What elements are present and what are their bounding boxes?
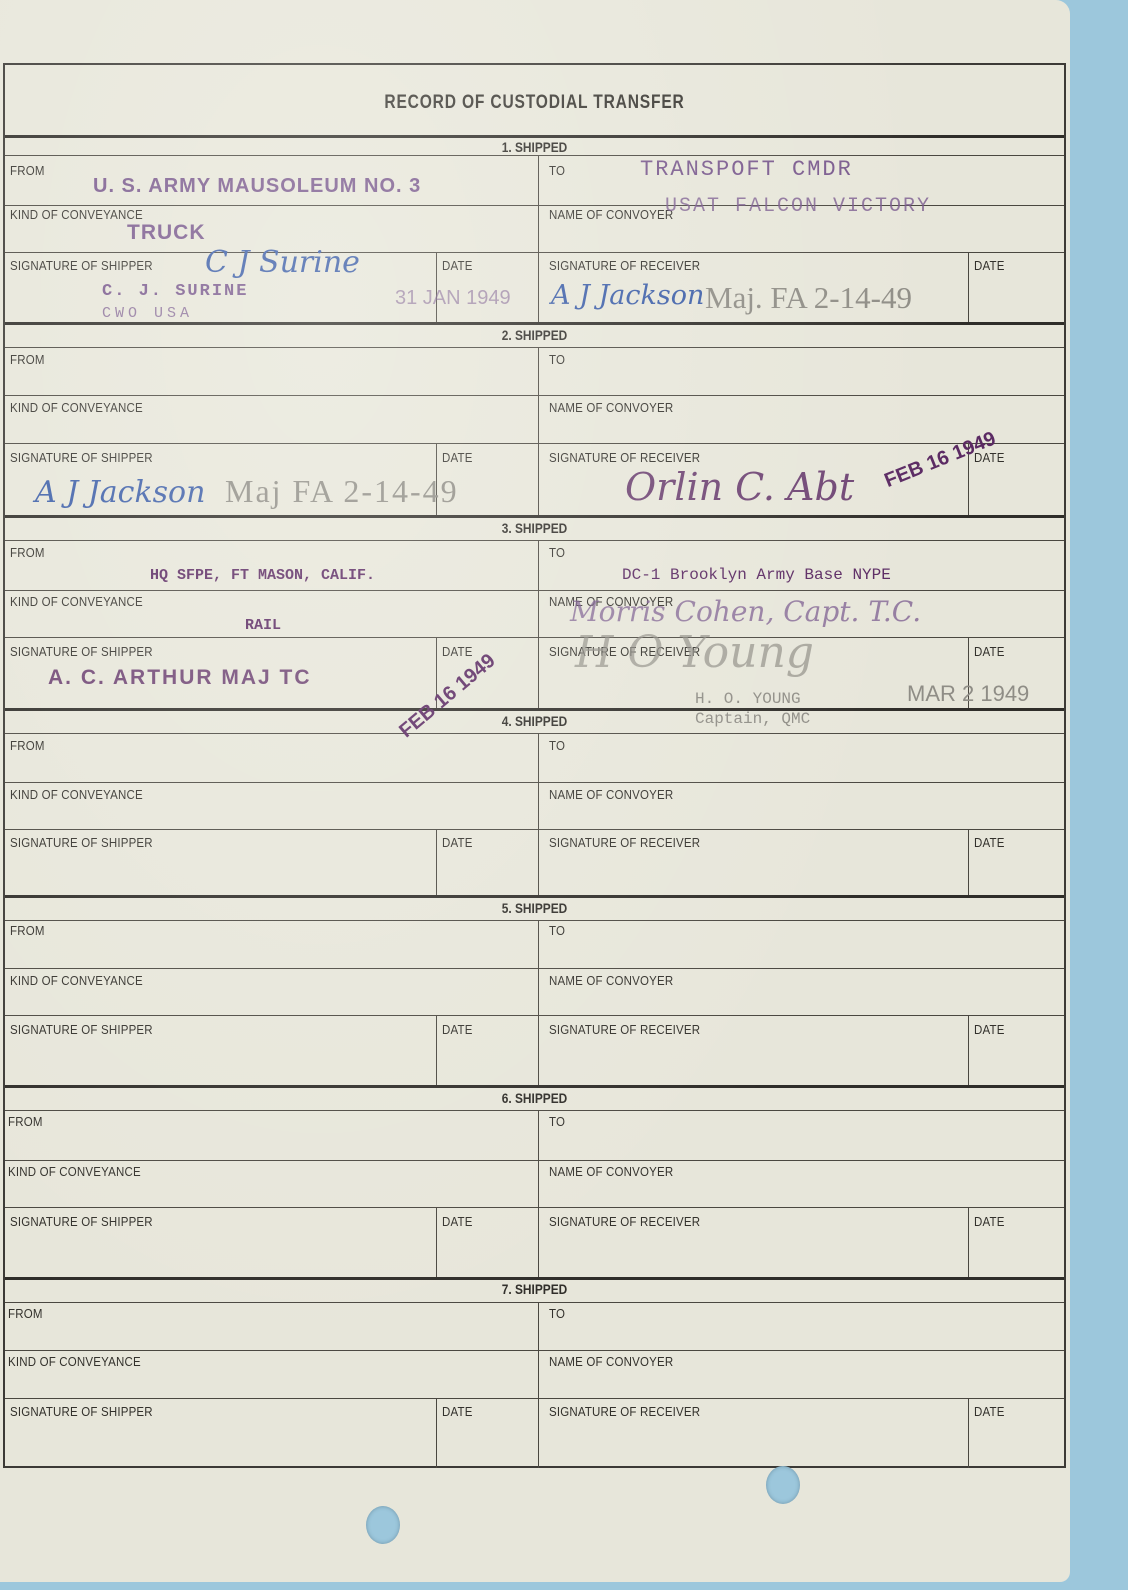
- to-label: TO: [549, 546, 565, 560]
- column-divider: [436, 443, 437, 515]
- to-label: TO: [549, 739, 565, 753]
- divider: [5, 205, 1064, 206]
- kind-of-conveyance-label: KIND OF CONVEYANCE: [10, 401, 143, 415]
- column-divider: [968, 829, 969, 895]
- column-divider: [538, 347, 539, 515]
- signature-of-shipper-label: SIGNATURE OF SHIPPER: [10, 451, 153, 465]
- signature-of-receiver-label: SIGNATURE OF RECEIVER: [549, 259, 700, 273]
- column-divider: [538, 733, 539, 895]
- divider: [5, 1350, 1064, 1351]
- column-divider: [538, 155, 539, 322]
- kind-of-conveyance-label: KIND OF CONVEYANCE: [10, 595, 143, 609]
- form-title: RECORD OF CUSTODIAL TRANSFER: [100, 92, 968, 114]
- kind-of-conveyance-label: KIND OF CONVEYANCE: [8, 1165, 141, 1179]
- divider: [5, 1110, 1064, 1111]
- divider: [5, 252, 1064, 253]
- divider: [5, 829, 1064, 830]
- divider: [5, 920, 1064, 921]
- signature-of-receiver-label: SIGNATURE OF RECEIVER: [549, 1215, 700, 1229]
- section-7-header: 7. SHIPPED: [84, 1281, 984, 1297]
- divider: [5, 1302, 1064, 1303]
- column-divider: [968, 252, 969, 322]
- from-label: FROM: [8, 1115, 43, 1129]
- section-3-from-value: HQ SFPE, FT MASON, CALIF.: [150, 567, 375, 584]
- column-divider: [538, 1110, 539, 1277]
- section-2-header: 2. SHIPPED: [84, 327, 984, 343]
- divider: [5, 1277, 1064, 1280]
- column-divider: [436, 1015, 437, 1085]
- section-3-receiver-typed-name: H. O. YOUNG: [695, 690, 801, 708]
- shipper-date-label: DATE: [442, 645, 473, 659]
- shipper-date-label: DATE: [442, 1023, 473, 1037]
- column-divider: [538, 540, 539, 708]
- column-divider: [968, 443, 969, 515]
- custodial-transfer-form: RECORD OF CUSTODIAL TRANSFER: [3, 63, 1066, 1468]
- receiver-date-label: DATE: [974, 451, 1005, 465]
- from-label: FROM: [8, 1307, 43, 1321]
- divider: [5, 1160, 1064, 1161]
- section-3-receiver-date: MAR 2 1949: [907, 681, 1029, 707]
- from-label: FROM: [10, 164, 45, 178]
- section-3-header: 3. SHIPPED: [84, 520, 984, 536]
- column-divider: [436, 829, 437, 895]
- name-of-convoyer-label: NAME OF CONVOYER: [549, 1355, 673, 1369]
- section-1-shipper-typed-name: C. J. SURINE: [102, 282, 248, 301]
- kind-of-conveyance-label: KIND OF CONVEYANCE: [8, 1355, 141, 1369]
- from-label: FROM: [10, 546, 45, 560]
- section-1-receiver-typed: Maj. FA 2-14-49: [705, 280, 912, 316]
- shipper-date-label: DATE: [442, 451, 473, 465]
- divider: [5, 782, 1064, 783]
- column-divider: [968, 637, 969, 708]
- divider: [5, 322, 1064, 325]
- divider: [5, 155, 1064, 156]
- punch-hole: [766, 1466, 800, 1504]
- shipper-date-label: DATE: [442, 836, 473, 850]
- divider: [5, 733, 1064, 734]
- section-3-receiver-typed-title: Captain, QMC: [695, 710, 810, 728]
- kind-of-conveyance-label: KIND OF CONVEYANCE: [10, 208, 143, 222]
- section-2-receiver-date-stamp: FEB 16 1949: [881, 428, 999, 493]
- to-label: TO: [549, 1307, 565, 1321]
- signature-of-shipper-label: SIGNATURE OF SHIPPER: [10, 1023, 153, 1037]
- signature-of-shipper-label: SIGNATURE OF SHIPPER: [10, 1215, 153, 1229]
- paper-sheet: RECORD OF CUSTODIAL TRANSFER: [0, 0, 1070, 1582]
- divider: [5, 1015, 1064, 1016]
- to-label: TO: [549, 1115, 565, 1129]
- column-divider: [538, 920, 539, 1085]
- section-3-to-value: DC-1 Brooklyn Army Base NYPE: [622, 566, 891, 584]
- to-label: TO: [549, 164, 565, 178]
- section-2-receiver-signature: Orlin C. Abt: [625, 465, 854, 509]
- section-3-convoyer-value: Morris Cohen, Capt. T.C.: [570, 595, 921, 628]
- section-3-receiver-signature: H O Young: [575, 627, 814, 678]
- name-of-convoyer-label: NAME OF CONVOYER: [549, 595, 673, 609]
- receiver-date-label: DATE: [974, 1405, 1005, 1419]
- section-3-shipper-date-stamp: FEB 16 1949: [395, 650, 500, 743]
- punch-hole: [366, 1506, 400, 1544]
- section-1-convoyer-value: USAT FALCON VICTORY: [665, 195, 931, 218]
- name-of-convoyer-label: NAME OF CONVOYER: [549, 208, 673, 222]
- column-divider: [436, 1398, 437, 1468]
- section-1-shipper-date: 31 JAN 1949: [395, 287, 511, 310]
- from-label: FROM: [10, 924, 45, 938]
- name-of-convoyer-label: NAME OF CONVOYER: [549, 401, 673, 415]
- name-of-convoyer-label: NAME OF CONVOYER: [549, 974, 673, 988]
- signature-of-receiver-label: SIGNATURE OF RECEIVER: [549, 645, 700, 659]
- section-1-header: 1. SHIPPED: [84, 139, 984, 155]
- column-divider: [436, 637, 437, 708]
- to-label: TO: [549, 924, 565, 938]
- section-3-conveyance-value: RAIL: [245, 617, 281, 634]
- divider: [5, 135, 1064, 138]
- shipper-date-label: DATE: [442, 1215, 473, 1229]
- column-divider: [436, 252, 437, 322]
- kind-of-conveyance-label: KIND OF CONVEYANCE: [10, 788, 143, 802]
- divider: [5, 1085, 1064, 1088]
- to-label: TO: [549, 353, 565, 367]
- signature-of-shipper-label: SIGNATURE OF SHIPPER: [10, 1405, 153, 1419]
- receiver-date-label: DATE: [974, 1215, 1005, 1229]
- section-3-shipper-name-stamp: A. C. ARTHUR MAJ TC: [48, 666, 312, 690]
- section-4-header: 4. SHIPPED: [84, 713, 984, 729]
- column-divider: [968, 1398, 969, 1468]
- name-of-convoyer-label: NAME OF CONVOYER: [549, 788, 673, 802]
- section-2-shipper-typed: Maj FA 2-14-49: [225, 473, 459, 510]
- receiver-date-label: DATE: [974, 836, 1005, 850]
- divider: [5, 637, 1064, 638]
- section-2-shipper-signature: A J Jackson: [35, 475, 205, 510]
- section-6-header: 6. SHIPPED: [84, 1090, 984, 1106]
- divider: [5, 347, 1064, 348]
- column-divider: [968, 1015, 969, 1085]
- signature-of-shipper-label: SIGNATURE OF SHIPPER: [10, 259, 153, 273]
- signature-of-shipper-label: SIGNATURE OF SHIPPER: [10, 645, 153, 659]
- section-5-header: 5. SHIPPED: [84, 900, 984, 916]
- divider: [5, 515, 1064, 518]
- signature-of-shipper-label: SIGNATURE OF SHIPPER: [10, 836, 153, 850]
- section-1-receiver-signature: A J Jackson: [551, 280, 704, 311]
- column-divider: [436, 1207, 437, 1277]
- divider: [5, 540, 1064, 541]
- divider: [5, 1207, 1064, 1208]
- section-1-conveyance-value: TRUCK: [127, 221, 206, 245]
- signature-of-receiver-label: SIGNATURE OF RECEIVER: [549, 451, 700, 465]
- shipper-date-label: DATE: [442, 1405, 473, 1419]
- column-divider: [538, 1302, 539, 1468]
- signature-of-receiver-label: SIGNATURE OF RECEIVER: [549, 836, 700, 850]
- divider: [5, 708, 1064, 711]
- name-of-convoyer-label: NAME OF CONVOYER: [549, 1165, 673, 1179]
- section-1-from-value: U. S. ARMY MAUSOLEUM NO. 3: [93, 175, 421, 198]
- receiver-date-label: DATE: [974, 1023, 1005, 1037]
- from-label: FROM: [10, 353, 45, 367]
- signature-of-receiver-label: SIGNATURE OF RECEIVER: [549, 1023, 700, 1037]
- divider: [5, 443, 1064, 444]
- receiver-date-label: DATE: [974, 259, 1005, 273]
- divider: [5, 590, 1064, 591]
- shipper-date-label: DATE: [442, 259, 473, 273]
- section-1-shipper-signature: C J Surine: [205, 245, 360, 280]
- divider: [5, 395, 1064, 396]
- section-1-shipper-typed-title: CWO USA: [102, 305, 193, 322]
- kind-of-conveyance-label: KIND OF CONVEYANCE: [10, 974, 143, 988]
- divider: [5, 968, 1064, 969]
- section-1-to-value: TRANSPOFT CMDR: [640, 157, 853, 182]
- column-divider: [968, 1207, 969, 1277]
- divider: [5, 895, 1064, 898]
- receiver-date-label: DATE: [974, 645, 1005, 659]
- signature-of-receiver-label: SIGNATURE OF RECEIVER: [549, 1405, 700, 1419]
- divider: [5, 1398, 1064, 1399]
- from-label: FROM: [10, 739, 45, 753]
